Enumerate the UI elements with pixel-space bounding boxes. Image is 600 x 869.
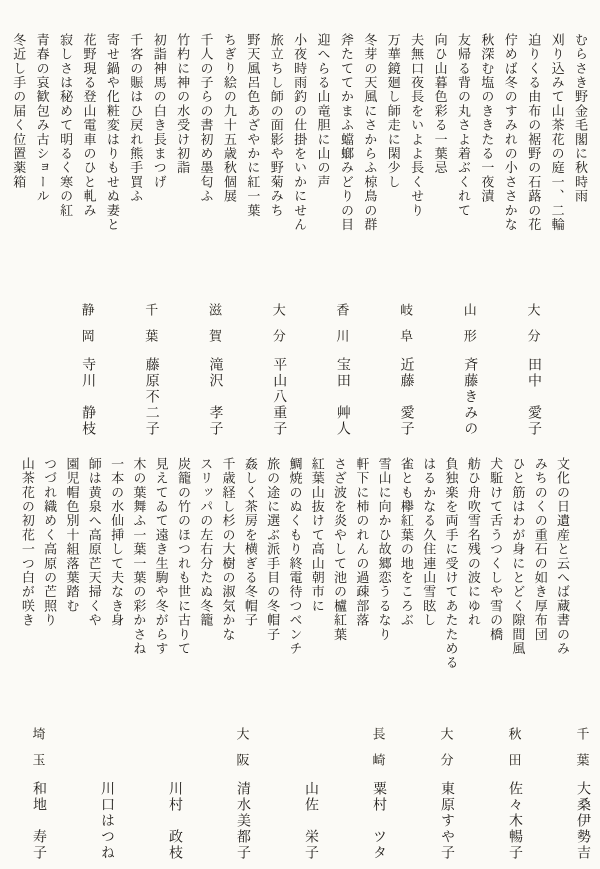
author-entry: 山佐 栄子 bbox=[303, 727, 319, 867]
poem-line: 千歳経し杉の大樹の淑気かな bbox=[216, 457, 238, 682]
haiku-magazine-page: むらさき野金毛閣に秋時雨 刈り込みて山茶花の庭一、二輪 迫りくる由布の裾野の石蕗… bbox=[0, 0, 600, 869]
poem-line: 園児帽色別十組落葉踏む bbox=[60, 457, 82, 682]
poem-line: 佇めば冬のすみれの小ささかな bbox=[498, 33, 521, 248]
author-entry: 滋賀 滝沢 孝子 bbox=[208, 303, 224, 443]
author-name: 藤原不二子 bbox=[143, 357, 159, 437]
poem-line: 冬近し手の届く位置薬箱 bbox=[7, 33, 30, 248]
author-prefecture: 秋田 bbox=[506, 727, 522, 779]
poem-line: 軒下に柿のれんの過疎部落 bbox=[350, 457, 372, 682]
poem-line: 炭籠の竹のほつれも世に古りて bbox=[172, 457, 194, 682]
poem-line: 千客の賑はひ戻れ熊手買ふ bbox=[124, 33, 147, 248]
poem-line: 文化の日遺産と云へば蔵書のみ bbox=[551, 457, 573, 682]
author-name: 清水美都子 bbox=[234, 781, 250, 861]
author-name: 滝沢 孝子 bbox=[207, 357, 223, 437]
author-prefecture: 岐阜 bbox=[397, 303, 413, 355]
poem-line: 雀とも欅紅葉の地をころぶ bbox=[395, 457, 417, 682]
author-prefecture: 大分 bbox=[438, 727, 454, 779]
poem-line: 迫りくる由布の裾野の石蕗の花 bbox=[522, 33, 545, 248]
top-authors-block: 大分 田中 愛子 山形 斉藤きみの 岐阜 近藤 愛子 香川 宝田 艸人 大分 平… bbox=[0, 303, 600, 443]
author-entry: 秋田 佐々木暢子 bbox=[507, 727, 523, 867]
poem-line: 師は黄泉へ高原芒天掃くや bbox=[82, 457, 104, 682]
bottom-authors-block: 千葉 大桑伊勢吉 秋田 佐々木暢子 大分 東原すや子 長崎 粟村 ツタ 山佐 栄… bbox=[0, 727, 600, 867]
poem-line: 山茶花の初花一つ白が咲き bbox=[16, 457, 38, 682]
poem-line: 見えてゐて遠き生駒や冬がらす bbox=[149, 457, 171, 682]
author-name: 田中 愛子 bbox=[525, 357, 541, 437]
author-entry: 山形 斉藤きみの bbox=[462, 303, 478, 443]
poem-line: 雪山に向かひ故郷恋うるなり bbox=[372, 457, 394, 682]
poem-line: 冬芽の天風にさからふ椋鳥の群 bbox=[358, 33, 381, 248]
poem-line: 旅立ちし師の面影や野菊みち bbox=[264, 33, 287, 248]
author-prefecture: 滋賀 bbox=[206, 303, 222, 355]
poem-line: 寂しさは秘めて明るく寒の紅 bbox=[54, 33, 77, 248]
author-prefecture: 埼玉 bbox=[30, 727, 46, 779]
poem-line: 万華鏡廻し師走に閑少し bbox=[381, 33, 404, 248]
author-prefecture: 長崎 bbox=[370, 727, 386, 779]
author-prefecture: 大阪 bbox=[234, 727, 250, 779]
author-name: 東原すや子 bbox=[438, 781, 454, 861]
poem-line: 野天風呂色あざやかに紅一葉 bbox=[241, 33, 264, 248]
author-name: 寺川 静枝 bbox=[79, 357, 95, 437]
poem-line: 姦しく茶房を横ぎる冬帽子 bbox=[239, 457, 261, 682]
poem-line: むらさき野金毛閣に秋時雨 bbox=[569, 33, 592, 248]
author-name: 近藤 愛子 bbox=[398, 357, 414, 437]
author-entry: 大分 東原すや子 bbox=[439, 727, 455, 867]
poem-line: 竹杓に神の水受け初詣 bbox=[171, 33, 194, 248]
author-entry: 千葉 藤原不二子 bbox=[144, 303, 160, 443]
poem-line: 夫無口夜長をいよよ長くせり bbox=[405, 33, 428, 248]
poem-line: 刈り込みて山茶花の庭一、二輪 bbox=[545, 33, 568, 248]
poem-line: 向ひ山暮色彩る一葉忌 bbox=[428, 33, 451, 248]
poem-line: 斧たててかまふ蟷螂みどりの目 bbox=[335, 33, 358, 248]
author-name: 川口はつね bbox=[98, 781, 114, 861]
poem-line: 一本の水仙挿して夫なき身 bbox=[105, 457, 127, 682]
author-name: 斉藤きみの bbox=[461, 357, 477, 437]
poem-line: 舫ひ舟吹雪名残の波にゆれ bbox=[462, 457, 484, 682]
poem-line: スリッパの左右分たぬ冬籠 bbox=[194, 457, 216, 682]
author-prefecture: 大分 bbox=[525, 303, 541, 355]
author-entry: 大分 平山八重子 bbox=[271, 303, 287, 443]
poem-line: 秋深む塩のききたる一夜漬 bbox=[475, 33, 498, 248]
poem-line: 鯛焼のぬくもり終電待つベンチ bbox=[283, 457, 305, 682]
author-prefecture: 静岡 bbox=[79, 303, 95, 355]
poem-line: 寄せ鍋や化粧変はりもせぬ妻と bbox=[100, 33, 123, 248]
author-prefecture: 山形 bbox=[461, 303, 477, 355]
poem-line: さざ波を炎やして池の櫨紅葉 bbox=[328, 457, 350, 682]
poem-line: 初詣神馬の白き長まつげ bbox=[147, 33, 170, 248]
author-entry: 長崎 粟村 ツタ bbox=[371, 727, 387, 867]
author-entry: 岐阜 近藤 愛子 bbox=[399, 303, 415, 443]
author-entry: 川口はつね bbox=[99, 727, 115, 867]
author-name: 大桑伊勢吉 bbox=[574, 781, 590, 861]
poem-line: 青春の哀歓包み古ショール bbox=[30, 33, 53, 248]
author-name: 佐々木暢子 bbox=[506, 781, 522, 861]
poem-line: 迎へらる山竜胆に山の声 bbox=[311, 33, 334, 248]
author-entry: 大分 田中 愛子 bbox=[526, 303, 542, 443]
poem-line: 負独楽を両手に受けてあたためる bbox=[439, 457, 461, 682]
poem-line: つづれ織めく高原の芒照り bbox=[38, 457, 60, 682]
poem-line: 小夜時雨釣の仕掛をいかにせん bbox=[288, 33, 311, 248]
author-prefecture: 千葉 bbox=[574, 727, 590, 779]
poem-line: はるかなる久住連山雪眩し bbox=[417, 457, 439, 682]
author-entry: 千葉 大桑伊勢吉 bbox=[575, 727, 591, 867]
poem-line: ひと筋はわが身にとどく隙間風 bbox=[506, 457, 528, 682]
poem-line: 千人の子らの書初め墨匂ふ bbox=[194, 33, 217, 248]
poem-line: 旅の途に選ぶ派手目の冬帽子 bbox=[261, 457, 283, 682]
author-prefecture: 大分 bbox=[270, 303, 286, 355]
author-entry: 静岡 寺川 静枝 bbox=[80, 303, 96, 443]
author-name: 宝田 艸人 bbox=[334, 357, 350, 437]
poem-line: 木の葉舞ふ一葉一葉の彩かさね bbox=[127, 457, 149, 682]
poem-line: 花野現る登山電車のひと軋み bbox=[77, 33, 100, 248]
author-entry: 大阪 清水美都子 bbox=[235, 727, 251, 867]
author-entry: 香川 宝田 艸人 bbox=[335, 303, 351, 443]
author-entry: 川村 政枝 bbox=[167, 727, 183, 867]
poem-line: ちぎり絵の九十五歳秋個展 bbox=[218, 33, 241, 248]
author-prefecture: 千葉 bbox=[142, 303, 158, 355]
author-entry: 埼玉 和地 寿子 bbox=[31, 727, 47, 867]
author-name: 和地 寿子 bbox=[30, 781, 46, 861]
top-poems-block: むらさき野金毛閣に秋時雨 刈り込みて山茶花の庭一、二輪 迫りくる由布の裾野の石蕗… bbox=[7, 33, 592, 248]
bottom-poems-block: 文化の日遺産と云へば蔵書のみ みちのくの重石の如き厚布団 ひと筋はわが身にとどく… bbox=[16, 457, 573, 682]
author-prefecture: 香川 bbox=[333, 303, 349, 355]
poem-line: 犬駈けて舌うつくしや雪の橋 bbox=[484, 457, 506, 682]
poem-line: 友帰る背の丸さよ着ぶくれて bbox=[452, 33, 475, 248]
author-name: 平山八重子 bbox=[270, 357, 286, 437]
author-name: 山佐 栄子 bbox=[302, 781, 318, 861]
author-name: 粟村 ツタ bbox=[370, 781, 386, 861]
author-name: 川村 政枝 bbox=[166, 781, 182, 861]
poem-line: 紅葉山抜けて高山朝市に bbox=[305, 457, 327, 682]
poem-line: みちのくの重石の如き厚布団 bbox=[528, 457, 550, 682]
